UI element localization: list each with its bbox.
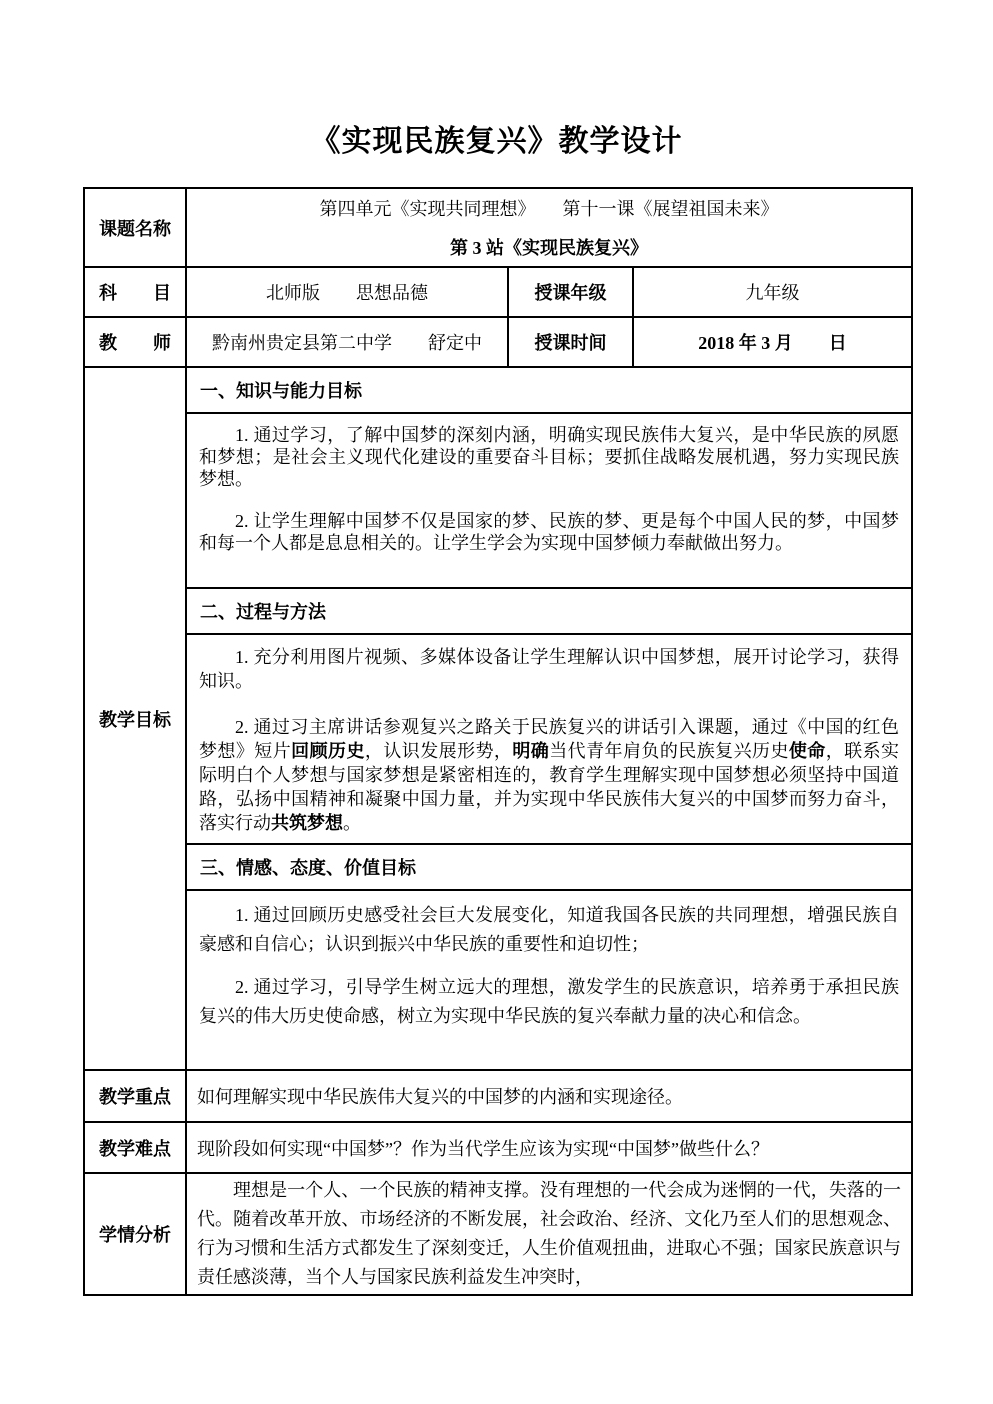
time-value: 2018 年 3 月 日 — [633, 317, 912, 367]
text-segment: 2. 让学生理解中国梦不仅是国家的梦、民族的梦、更是每个中国人民的梦，中国梦和每… — [199, 511, 899, 553]
objective-paragraph: 1. 通过学习，了解中国梦的深刻内涵，明确实现民族伟大复兴，是中华民族的夙愿和梦… — [199, 424, 899, 490]
objective-section-heading-process: 二、过程与方法 — [187, 589, 911, 635]
difficulties-value: 现阶段如何实现“中国梦”？作为当代学生应该为实现“中国梦”做些什么？ — [186, 1122, 912, 1173]
objectives-content-cell: 一、知识与能力目标 1. 通过学习，了解中国梦的深刻内涵，明确实现民族伟大复兴，… — [186, 367, 912, 1070]
objective-section-heading-knowledge: 一、知识与能力目标 — [187, 368, 911, 414]
table-row-learner-analysis: 学情分析 理想是一个人、一个民族的精神支撑。没有理想的一代会成为迷惘的一代，失落… — [84, 1173, 912, 1295]
teacher-value: 黔南州贵定县第二中学 舒定中 — [186, 317, 508, 367]
key-points-value: 如何理解实现中华民族伟大复兴的中国梦的内涵和实现途径。 — [186, 1070, 912, 1122]
objective-section-content-process: 1. 充分利用图片视频、多媒体设备让学生理解认识中国梦想，展开讨论学习，获得知识… — [187, 635, 911, 845]
table-row-difficulties: 教学难点 现阶段如何实现“中国梦”？作为当代学生应该为实现“中国梦”做些什么？ — [84, 1122, 912, 1173]
table-row-topic: 课题名称 第四单元《实现共同理想》 第十一课《展望祖国未来》 第 3 站《实现民… — [84, 188, 912, 267]
text-segment: ，认识发展形势， — [365, 741, 512, 761]
text-segment: 2. 通过学习，引导学生树立远大的理想，激发学生的民族意识，培养勇于承担民族复兴… — [199, 977, 899, 1026]
objectives-label: 教学目标 — [84, 367, 186, 1070]
text-segment: 当代青年肩负的民族复兴历史 — [549, 741, 789, 761]
grade-label: 授课年级 — [508, 267, 633, 317]
text-segment: 1. 通过学习，了解中国梦的深刻内涵，明确实现民族伟大复兴，是中华民族的夙愿和梦… — [199, 425, 899, 489]
objective-paragraph: 2. 通过习主席讲话参观复兴之路关于民族复兴的讲话引入课题，通过《中国的红色梦想… — [199, 715, 899, 835]
topic-label: 课题名称 — [84, 188, 186, 267]
topic-value-cell: 第四单元《实现共同理想》 第十一课《展望祖国未来》 第 3 站《实现民族复兴》 — [186, 188, 912, 267]
objective-section-content-values: 1. 通过回顾历史感受社会巨大发展变化，知道我国各民族的共同理想，增强民族自豪感… — [187, 891, 911, 1069]
table-row-teacher: 教 师 黔南州贵定县第二中学 舒定中 授课时间 2018 年 3 月 日 — [84, 317, 912, 367]
objective-paragraph: 2. 让学生理解中国梦不仅是国家的梦、民族的梦、更是每个中国人民的梦，中国梦和每… — [199, 510, 899, 554]
grade-value: 九年级 — [633, 267, 912, 317]
learner-analysis-value: 理想是一个人、一个民族的精神支撑。没有理想的一代会成为迷惘的一代，失落的一代。随… — [197, 1176, 901, 1292]
subject-label: 科 目 — [84, 267, 186, 317]
text-segment: 1. 充分利用图片视频、多媒体设备让学生理解认识中国梦想，展开讨论学习，获得知识… — [199, 647, 899, 691]
topic-unit-line: 第四单元《实现共同理想》 第十一课《展望祖国未来》 — [195, 195, 903, 221]
page-title: 《实现民族复兴》教学设计 — [0, 0, 993, 160]
emphasis-text: 明确 — [512, 741, 549, 761]
table-row-objectives: 教学目标 一、知识与能力目标 1. 通过学习，了解中国梦的深刻内涵，明确实现民族… — [84, 367, 912, 1070]
time-label: 授课时间 — [508, 317, 633, 367]
learner-analysis-label: 学情分析 — [84, 1173, 186, 1295]
objective-section-content-knowledge: 1. 通过学习，了解中国梦的深刻内涵，明确实现民族伟大复兴，是中华民族的夙愿和梦… — [187, 414, 911, 589]
emphasis-text: 使命 — [789, 741, 826, 761]
topic-lesson-line: 第 3 站《实现民族复兴》 — [195, 234, 903, 260]
lesson-plan-table: 课题名称 第四单元《实现共同理想》 第十一课《展望祖国未来》 第 3 站《实现民… — [83, 187, 913, 1296]
text-segment: 1. 通过回顾历史感受社会巨大发展变化，知道我国各民族的共同理想，增强民族自豪感… — [199, 905, 899, 954]
emphasis-text: 共筑梦想 — [271, 813, 343, 833]
document-page: 《实现民族复兴》教学设计 课题名称 第四单元《实现共同理想》 第十一课《展望祖国… — [0, 0, 993, 1404]
table-row-subject: 科 目 北师版 思想品德 授课年级 九年级 — [84, 267, 912, 317]
learner-analysis-cell: 理想是一个人、一个民族的精神支撑。没有理想的一代会成为迷惘的一代，失落的一代。随… — [186, 1173, 912, 1295]
teacher-label: 教 师 — [84, 317, 186, 367]
emphasis-text: 回顾历史 — [291, 741, 365, 761]
table-row-key-points: 教学重点 如何理解实现中华民族伟大复兴的中国梦的内涵和实现途径。 — [84, 1070, 912, 1122]
objective-paragraph: 1. 充分利用图片视频、多媒体设备让学生理解认识中国梦想，展开讨论学习，获得知识… — [199, 645, 899, 693]
text-segment: 。 — [343, 813, 361, 833]
objective-section-heading-values: 三、情感、态度、价值目标 — [187, 845, 911, 891]
difficulties-label: 教学难点 — [84, 1122, 186, 1173]
subject-value: 北师版 思想品德 — [186, 267, 508, 317]
objective-paragraph: 2. 通过学习，引导学生树立远大的理想，激发学生的民族意识，培养勇于承担民族复兴… — [199, 973, 899, 1031]
objective-paragraph: 1. 通过回顾历史感受社会巨大发展变化，知道我国各民族的共同理想，增强民族自豪感… — [199, 901, 899, 959]
key-points-label: 教学重点 — [84, 1070, 186, 1122]
